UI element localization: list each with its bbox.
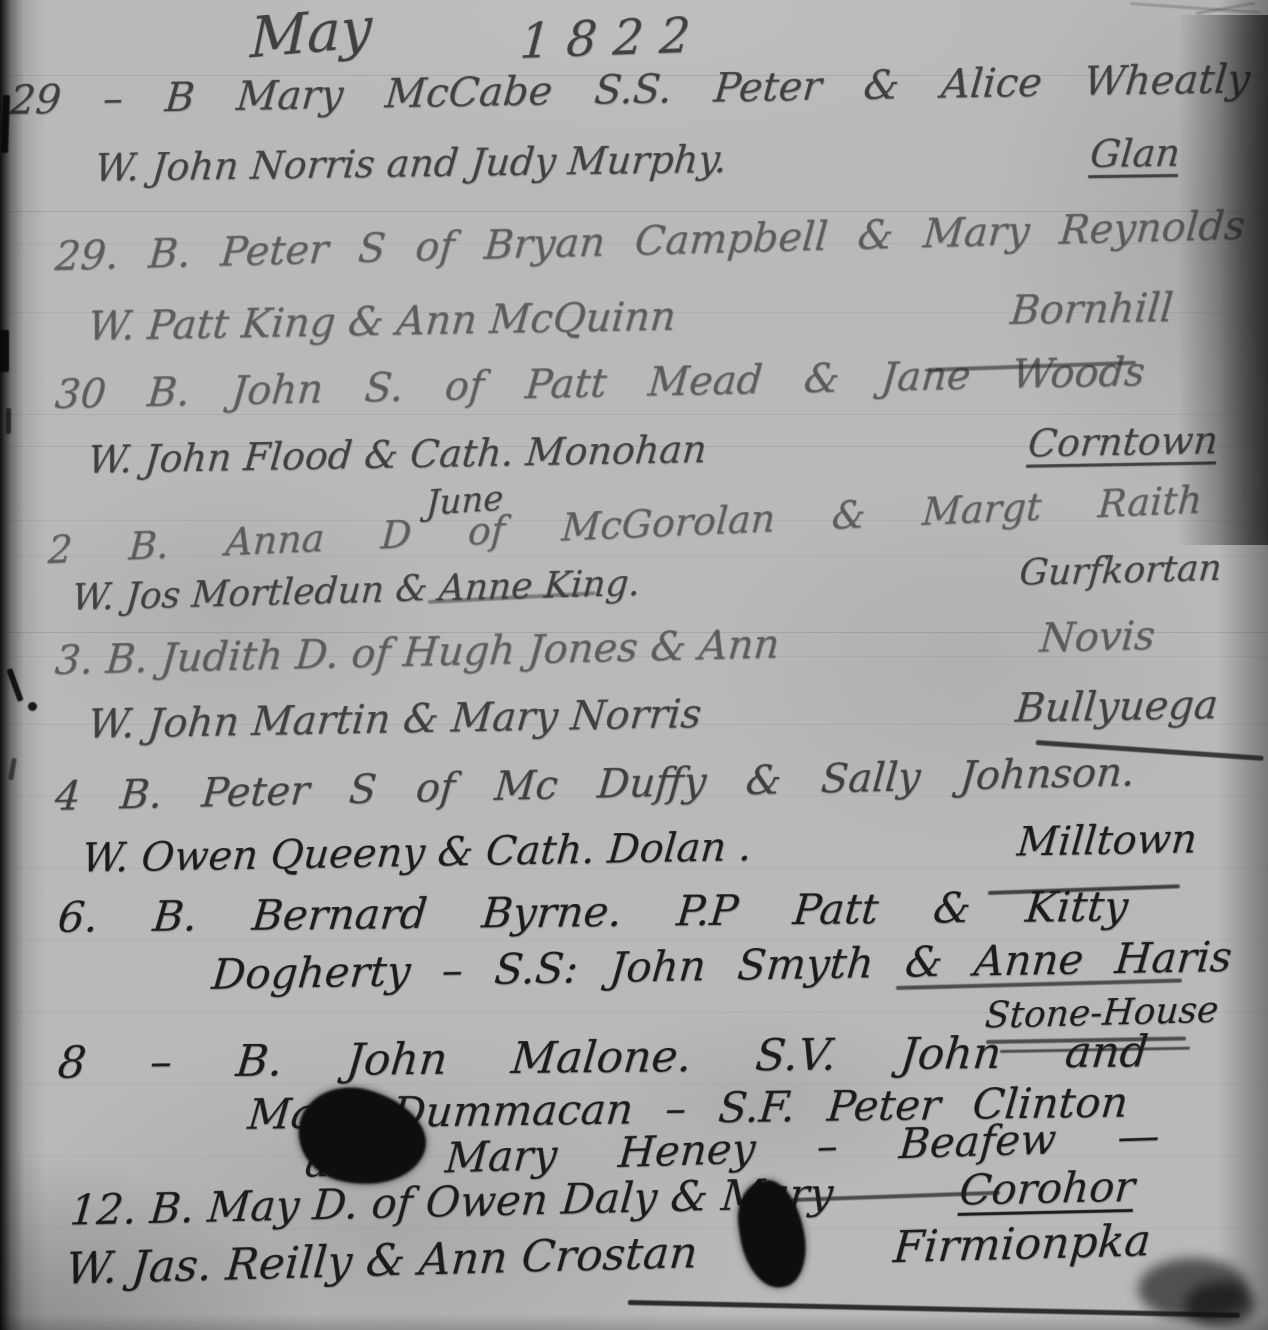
binding-shadow-left-soft	[0, 0, 46, 1330]
witness-text: W. Patt King & Ann McQuinn	[86, 294, 678, 350]
margin-dot	[28, 702, 37, 711]
page-edge-shadow-bottom	[0, 1314, 1268, 1330]
entry-text: 3. B. Judith D. of Hugh Jones & Ann	[53, 622, 781, 685]
surname-label: Novis	[1038, 613, 1157, 662]
register-line-3: 29. B. Peter S of Bryan Campbell & Mary …	[53, 203, 1246, 280]
townland-label: Bullyuega	[1014, 682, 1220, 732]
page-edge-shadow-right	[1218, 0, 1268, 1330]
witness-text: W. Jas. Reilly & Ann Crostan	[64, 1227, 700, 1295]
register-line-2: W. John Norris and Judy Murphy. Glan	[93, 131, 1182, 190]
register-line-12: W. Owen Queeny & Cath. Dolan . Milltown	[80, 817, 1199, 883]
register-line-6: W. John Flood & Cath. Monohan Corntown	[86, 418, 1220, 482]
margin-mark-3	[6, 408, 11, 434]
witness-text: W. Jos Mortledun & Anne King.	[70, 563, 641, 619]
entry-text: 12. B. May D. of Owen Daly & Mary	[68, 1169, 835, 1235]
townland-label: Corntown	[1026, 418, 1220, 465]
register-line-1: 29 – B Mary McCabe S.S. Peter & Alice Wh…	[8, 56, 1252, 124]
header-month: May	[249, 0, 372, 71]
witness-text: W. John Norris and Judy Murphy.	[93, 137, 729, 190]
townland-label: Bornhill	[1008, 285, 1175, 334]
register-line-4: W. Patt King & Ann McQuinn Bornhill	[86, 285, 1175, 350]
binding-shadow-left	[0, 0, 24, 1330]
margin-mark-5	[8, 758, 17, 781]
register-line-13: 6. B. Bernard Byrne. P.P Patt & Kitty	[56, 882, 1131, 942]
register-line-14: Dogherty – S.S: John Smyth & Anne Haris	[210, 932, 1234, 999]
header-year: 1822	[518, 7, 708, 70]
ink-smudge-small	[1185, 1282, 1255, 1327]
register-page: May 1822 29 – B Mary McCabe S.S. Peter &…	[0, 0, 1268, 1330]
witness-text: W. John Flood & Cath. Monohan	[86, 427, 708, 482]
margin-mark-1	[1, 95, 10, 153]
register-line-9: 3. B. Judith D. of Hugh Jones & Ann Novi…	[53, 613, 1157, 684]
townland-label: Gurfkortan	[1018, 548, 1223, 594]
margin-mark-4	[6, 668, 23, 702]
witness-text: W. John Martin & Mary Norris	[86, 691, 703, 748]
register-line-5: 30 B. John S. of Patt Mead & Jane Woods	[53, 349, 1147, 418]
surname-label: Corohor	[958, 1162, 1137, 1215]
townland-label: Firmionpka	[891, 1216, 1152, 1274]
margin-mark-2	[0, 330, 9, 372]
townland-label: Milltown	[1015, 817, 1199, 866]
witness-text: W. Owen Queeny & Cath. Dolan .	[80, 824, 754, 882]
townland-label: Glan	[1088, 131, 1182, 176]
register-line-10: W. John Martin & Mary Norris Bullyuega	[86, 682, 1220, 748]
register-line-11: 4 B. Peter S of Mc Duffy & Sally Johnson…	[53, 749, 1137, 820]
